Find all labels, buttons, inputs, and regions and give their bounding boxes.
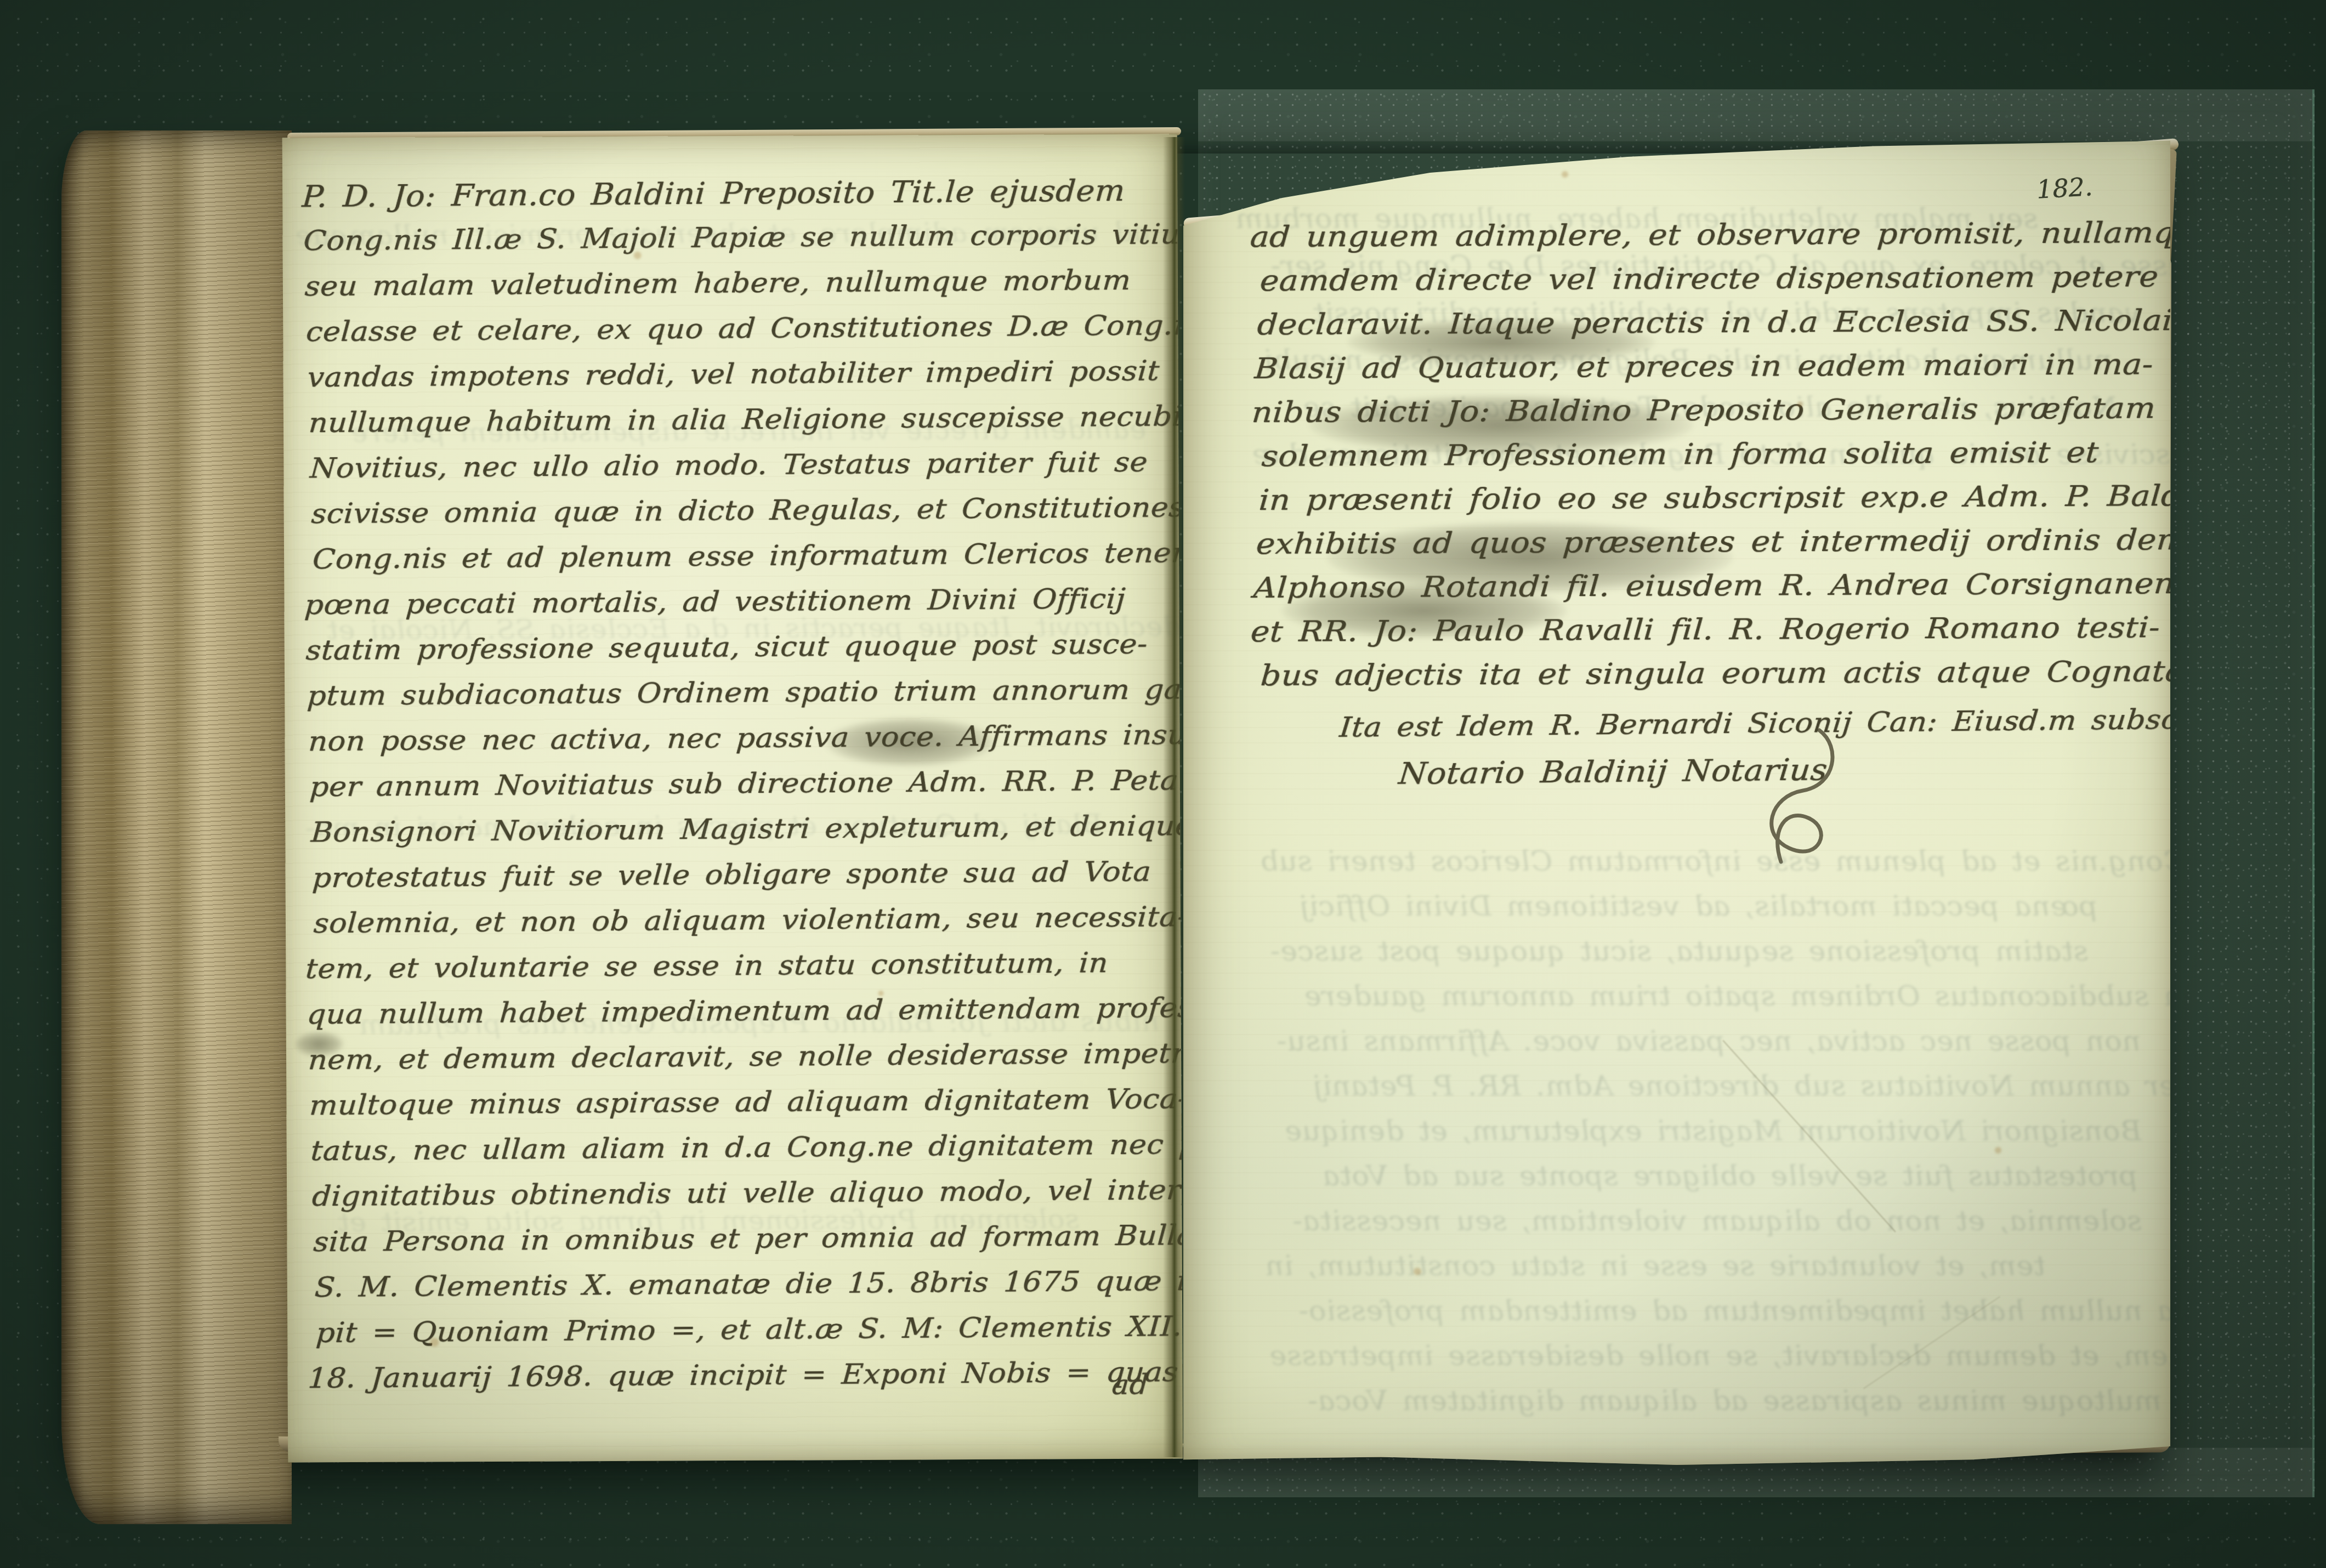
catchword: ad	[1111, 1368, 1149, 1401]
show-through-line: Bonsignori Novitiorum Magistri expleturu…	[1284, 1115, 2143, 1147]
show-through-line: per annum Novitiatus sub directione Adm.…	[1312, 1070, 2170, 1102]
show-through-line: tem, et voluntarie se esse in statu cons…	[1264, 1250, 2046, 1282]
left-page: P. D. Jo: Fran.co Baldini Preposito Tit.…	[282, 134, 1183, 1462]
handwritten-line: celasse et celare, ex quo ad Constitutio…	[305, 309, 1183, 349]
foxing-spot	[878, 991, 884, 996]
handwritten-line: Novitius, nec ullo alio modo. Testatus p…	[309, 446, 1149, 485]
show-through-line: Blasij ad Quatuor, et preces in eadem ma…	[304, 809, 1104, 843]
ink-smudge	[825, 717, 995, 767]
ink-smudge	[1282, 583, 1567, 638]
book-gutter	[1163, 137, 1185, 1457]
handwritten-line: solemnia, et non ob aliquam violentiam, …	[313, 901, 1183, 940]
handwritten-line: multoque minus aspirasse ad aliquam dign…	[309, 1083, 1183, 1122]
handwritten-line: ad unguem adimplere, et observare promis…	[1249, 216, 2170, 254]
handwritten-line: bus adjectis ita et singula eorum actis …	[1260, 655, 2170, 692]
handwritten-line: 18. Januarij 1698. quæ incipit = Exponi …	[307, 1356, 1179, 1395]
foxing-spot	[1995, 1147, 2001, 1154]
show-through-line: solemnia, et non ob aliquam violentiam, …	[1291, 1205, 2143, 1237]
manuscript-photo: P. D. Jo: Fran.co Baldini Preposito Tit.…	[0, 0, 2326, 1568]
show-through-line: declaravit. Itaque peractis in d.a Eccle…	[326, 611, 1182, 646]
handwritten-line: tatus, nec ullam aliam in d.a Cong.ne di…	[310, 1128, 1183, 1168]
handwritten-line: pit = Quoniam Primo =, et alt.æ S. M: Cl…	[315, 1310, 1183, 1349]
handwritten-line: non posse nec activa, nec passiva voce. …	[308, 719, 1183, 758]
handwritten-line: scivisse omnia quæ in dicto Regulas, et …	[310, 491, 1183, 530]
handwritten-line: eamdem directe vel indirecte dispensatio…	[1259, 260, 2159, 298]
show-through-line: eamdem directe vel indirecte dispensatio…	[350, 414, 1148, 448]
ink-smudge	[1348, 319, 1655, 365]
handwritten-line: ptum subdiaconatus Ordinem spatio trium …	[306, 673, 1183, 712]
fore-edge-page-stack	[61, 130, 292, 1524]
foxing-spot	[1562, 171, 1568, 178]
handwritten-line: nem, et demum declaravit, se nolle desid…	[307, 1037, 1183, 1076]
show-through-line: pœna peccati mortalis, ad vestitionem Di…	[1298, 890, 2099, 922]
handwritten-line: S. M. Clementis X. emanatæ die 15. 8bris…	[314, 1264, 1183, 1304]
show-through-line: solemnem Professionem in forma solita em…	[337, 1203, 1081, 1238]
handwritten-line: P. D. Jo: Fran.co Baldini Preposito Tit.…	[301, 173, 1126, 214]
show-through-line: ad unguem adimplere, et observare promis…	[294, 217, 1150, 252]
handwritten-line: seu malam valetudinem habere, nullumque …	[304, 264, 1132, 303]
handwritten-line: vandas impotens reddi, vel notabiliter i…	[307, 355, 1161, 394]
foxing-spot	[634, 252, 642, 259]
right-page: seu malam valetudinem habere, nullumque …	[1183, 138, 2170, 1465]
foxing-spot	[1797, 401, 1803, 407]
ink-smudge	[1327, 522, 1733, 593]
foxing-spot	[430, 1338, 439, 1347]
handwritten-line: in præsenti folio eo se subscripsit exp.…	[1258, 479, 2170, 517]
handwritten-line: Cong.nis et ad plenum esse informatum Cl…	[311, 536, 1183, 576]
handwritten-line: protestatus fuit se velle obligare spont…	[311, 856, 1152, 895]
show-through-line: Cong.nis et ad plenum esse informatum Cl…	[1259, 845, 2170, 877]
handwritten-line: per annum Novitiatus sub directione Adm.…	[309, 764, 1183, 804]
ink-smudge	[294, 1031, 344, 1056]
show-through-line: ptum subdiaconatus Ordinem spatio trium …	[1303, 980, 2170, 1012]
show-through-line: nibus dicti Jo: Baldino Preposito Genera…	[358, 1006, 1161, 1041]
ink-smudge	[1309, 395, 1693, 455]
show-through-line: nem, et demum declaravit, se nolle desid…	[1268, 1340, 2170, 1372]
show-through-line: multoque minus aspirasse ad aliquam dign…	[1307, 1385, 2163, 1417]
show-through-line: statim professione sequuta, sicut quoque…	[1269, 935, 2089, 967]
show-through-line: qua nullum habet impedimentum ad emitten…	[1297, 1295, 2170, 1327]
page-number: 182.	[2036, 172, 2094, 204]
show-through-line: protestatus fuit se velle obligare spont…	[1321, 1160, 2138, 1192]
foxing-spot	[1414, 1268, 1421, 1275]
handwritten-line: tem, et voluntarie se esse in statu cons…	[305, 947, 1109, 985]
show-through-line: non posse nec activa, nec passiva voce. …	[1275, 1025, 2142, 1057]
